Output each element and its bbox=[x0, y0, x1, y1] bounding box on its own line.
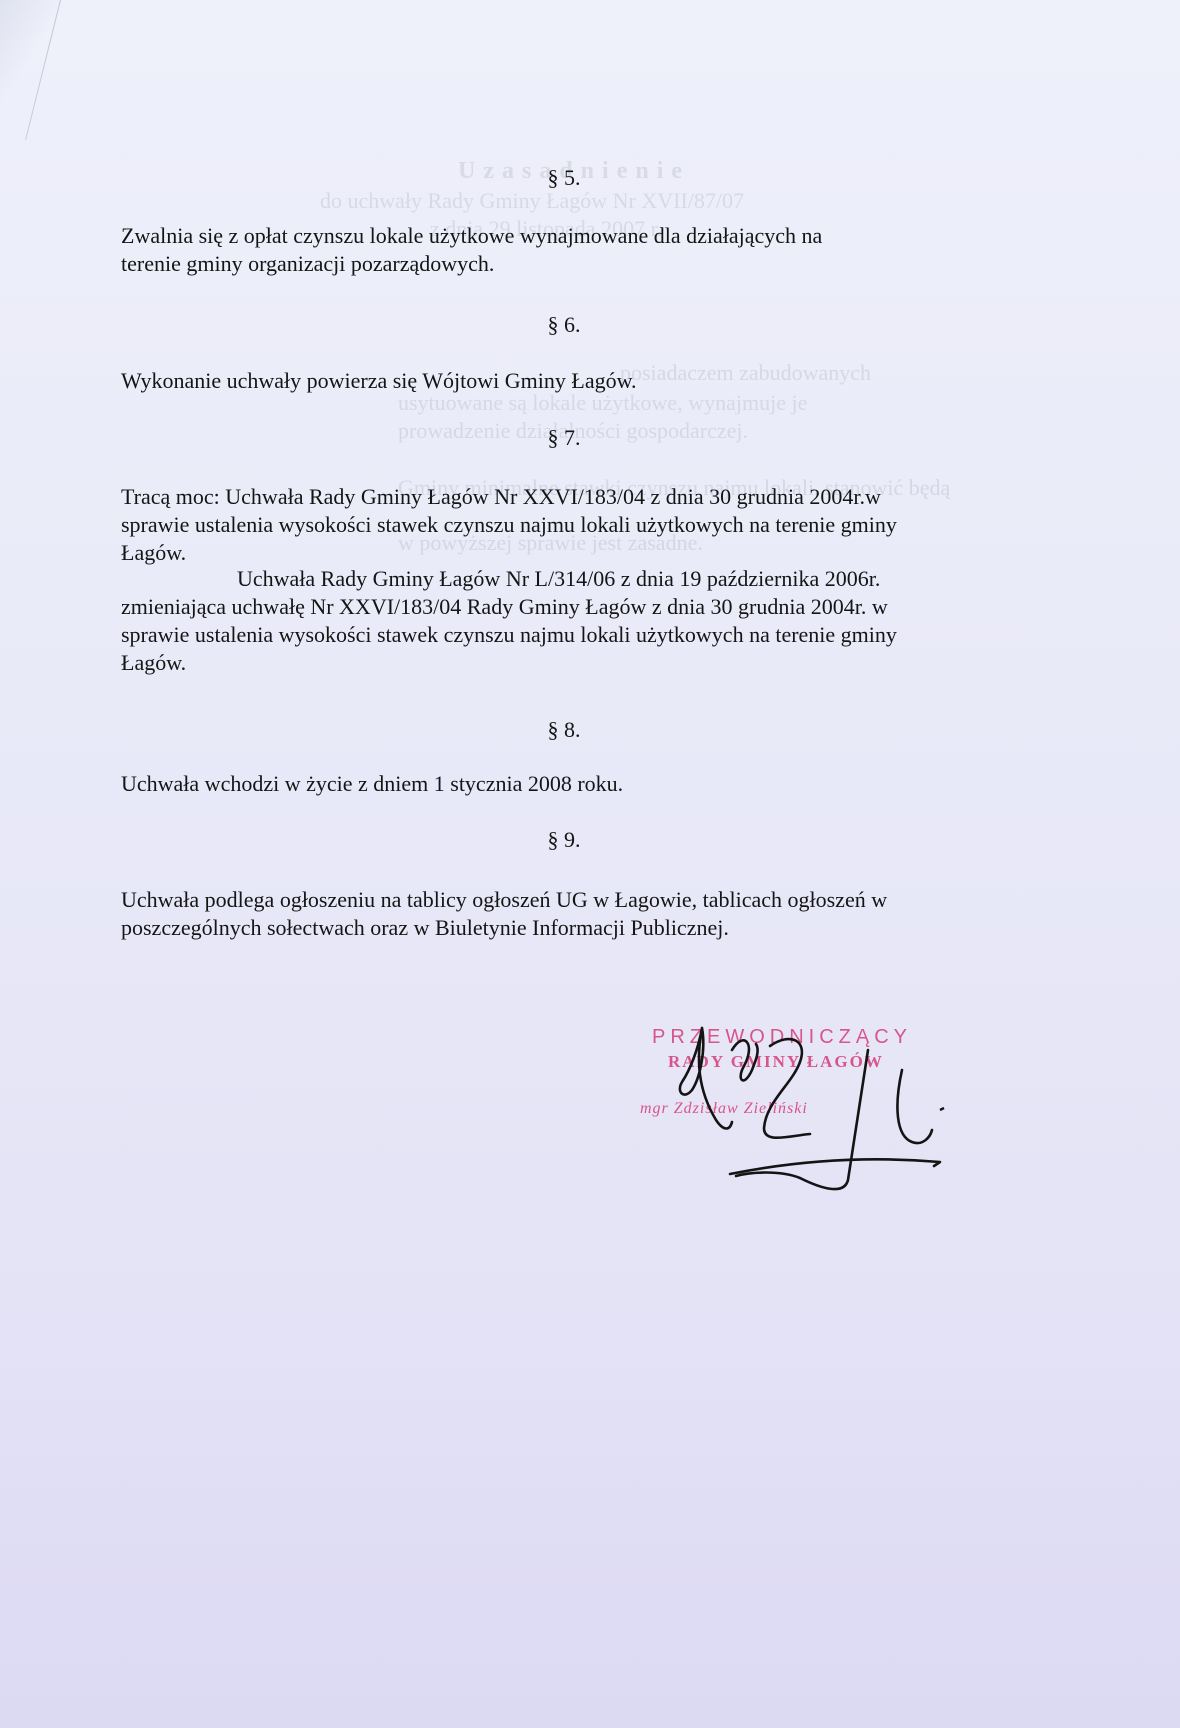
section-heading-8: § 8. bbox=[119, 716, 1009, 744]
text-line: Wykonanie uchwały powierza się Wójtowi G… bbox=[121, 367, 1011, 395]
text-line: Łagów. bbox=[121, 539, 1011, 567]
text-line: sprawie ustalenia wysokości stawek czyns… bbox=[121, 511, 1011, 539]
text-line: Uchwała Rady Gminy Łagów Nr L/314/06 z d… bbox=[121, 565, 1011, 593]
section-6-text: Wykonanie uchwały powierza się Wójtowi G… bbox=[121, 367, 1011, 395]
text-line: terenie gminy organizacji pozarządowych. bbox=[121, 250, 1011, 278]
text-line: Łagów. bbox=[121, 649, 1011, 677]
text-line: Tracą moc: Uchwała Rady Gminy Łagów Nr X… bbox=[121, 483, 1011, 511]
section-heading-7: § 7. bbox=[119, 424, 1009, 452]
text-line: zmieniająca uchwałę Nr XXVI/183/04 Rady … bbox=[121, 593, 1011, 621]
text-line: Uchwała podlega ogłoszeniu na tablicy og… bbox=[121, 886, 1011, 914]
section-heading-6: § 6. bbox=[119, 311, 1009, 339]
section-9-text: Uchwała podlega ogłoszeniu na tablicy og… bbox=[121, 886, 1011, 942]
section-5-text: Zwalnia się z opłat czynszu lokale użytk… bbox=[121, 222, 1011, 278]
section-7-continuation: Uchwała Rady Gminy Łagów Nr L/314/06 z d… bbox=[121, 565, 1011, 677]
page-fold-shadow bbox=[0, 0, 61, 140]
section-7-text: Tracą moc: Uchwała Rady Gminy Łagów Nr X… bbox=[121, 483, 1011, 567]
text-line: Uchwała wchodzi w życie z dniem 1 styczn… bbox=[121, 770, 1011, 798]
section-heading-5: § 5. bbox=[119, 164, 1009, 192]
signature-icon bbox=[640, 1010, 950, 1200]
text-line: sprawie ustalenia wysokości stawek czyns… bbox=[121, 621, 1011, 649]
text-line: poszczególnych sołectwach oraz w Biulety… bbox=[121, 914, 1011, 942]
text-line: Zwalnia się z opłat czynszu lokale użytk… bbox=[121, 222, 1011, 250]
section-heading-9: § 9. bbox=[119, 826, 1009, 854]
section-8-text: Uchwała wchodzi w życie z dniem 1 styczn… bbox=[121, 770, 1011, 798]
